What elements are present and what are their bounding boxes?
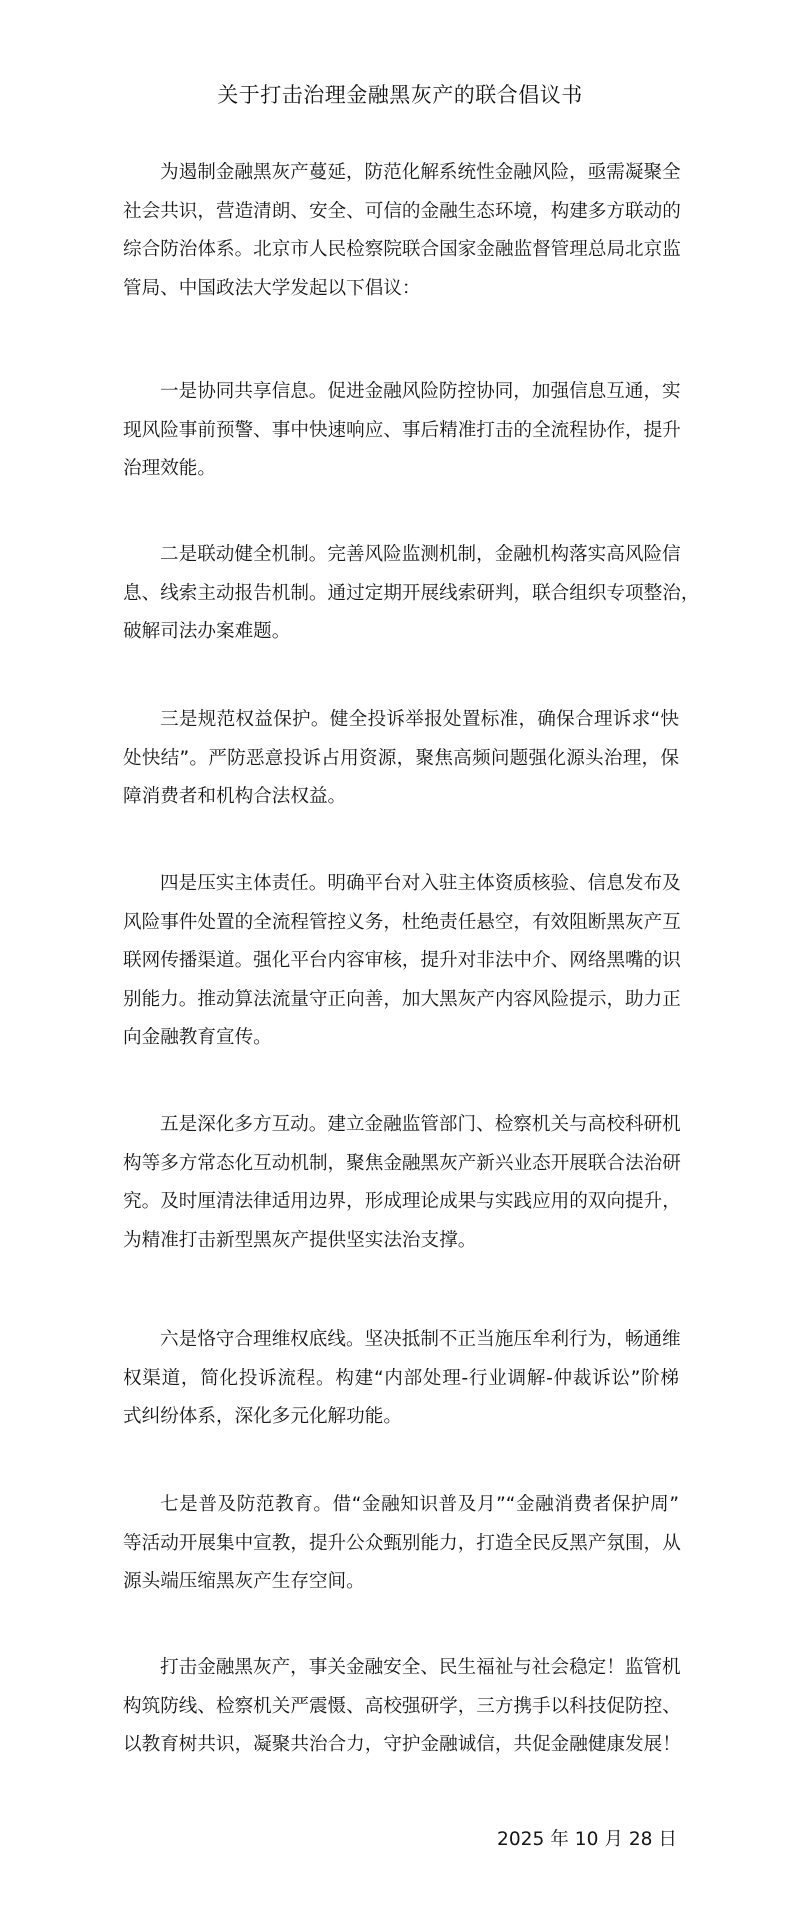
paragraph-line: 为精准打击新型黑灰产提供坚实法治支撑。 bbox=[123, 1222, 679, 1261]
document-page: 关于打击治理金融黑灰产的联合倡议书 为遏制金融黑灰产蔓延，防范化解系统性金融风险… bbox=[0, 0, 800, 1928]
document-date: 2025 年 10 月 28 日 bbox=[497, 1822, 677, 1858]
paragraph-closing: 打击金融黑灰产，事关金融安全、民生福祉与社会稳定！监管机 构筑防线、检察机关严震… bbox=[123, 1649, 679, 1765]
paragraph-line: 息、线索主动报告机制。通过定期开展线索研判，联合组织专项整治， bbox=[123, 575, 679, 614]
paragraph-item-5: 五是深化多方互动。建立金融监管部门、检察机关与高校科研机 构等多方常态化互动机制… bbox=[123, 1106, 679, 1260]
document-title: 关于打击治理金融黑灰产的联合倡议书 bbox=[0, 78, 800, 112]
paragraph-line: 以教育树共识，凝聚共治合力，守护金融诚信，共促金融健康发展！ bbox=[123, 1726, 679, 1765]
paragraph-line: 构筑防线、检察机关严震慑、高校强研学，三方携手以科技促防控、 bbox=[123, 1688, 679, 1727]
paragraph-line: 管局、中国政法大学发起以下倡议： bbox=[123, 270, 679, 309]
paragraph-line: 四是压实主体责任。明确平台对入驻主体资质核验、信息发布及 bbox=[123, 865, 679, 904]
paragraph-item-4: 四是压实主体责任。明确平台对入驻主体资质核验、信息发布及 风险事件处置的全流程管… bbox=[123, 865, 679, 1058]
paragraph-line: 风险事件处置的全流程管控义务，杜绝责任悬空，有效阻断黑灰产互 bbox=[123, 904, 679, 943]
paragraph-line: 权渠道，简化投诉流程。构建“内部处理-行业调解-仲裁诉讼”阶梯 bbox=[123, 1360, 679, 1399]
paragraph-line: 为遏制金融黑灰产蔓延，防范化解系统性金融风险，亟需凝聚全 bbox=[123, 154, 679, 193]
paragraph-item-6: 六是恪守合理维权底线。坚决抵制不正当施压牟利行为，畅通维 权渠道，简化投诉流程。… bbox=[123, 1321, 679, 1437]
paragraph-line: 一是协同共享信息。促进金融风险防控协同，加强信息互通，实 bbox=[123, 373, 679, 412]
paragraph-line: 现风险事前预警、事中快速响应、事后精准打击的全流程协作，提升 bbox=[123, 412, 679, 451]
paragraph-line: 五是深化多方互动。建立金融监管部门、检察机关与高校科研机 bbox=[123, 1106, 679, 1145]
paragraph-line: 别能力。推动算法流量守正向善，加大黑灰产内容风险提示，助力正 bbox=[123, 981, 679, 1020]
paragraph-line: 式纠纷体系，深化多元化解功能。 bbox=[123, 1398, 679, 1437]
paragraph-item-2: 二是联动健全机制。完善风险监测机制，金融机构落实高风险信 息、线索主动报告机制。… bbox=[123, 536, 679, 652]
paragraph-line: 源头端压缩黑灰产生存空间。 bbox=[123, 1563, 679, 1602]
paragraph-line: 七是普及防范教育。借“金融知识普及月”“金融消费者保护周” bbox=[123, 1486, 679, 1525]
paragraph-line: 二是联动健全机制。完善风险监测机制，金融机构落实高风险信 bbox=[123, 536, 679, 575]
paragraph-line: 破解司法办案难题。 bbox=[123, 613, 679, 652]
paragraph-line: 打击金融黑灰产，事关金融安全、民生福祉与社会稳定！监管机 bbox=[123, 1649, 679, 1688]
paragraph-line: 究。及时厘清法律适用边界，形成理论成果与实践应用的双向提升， bbox=[123, 1183, 679, 1222]
paragraph-line: 联网传播渠道。强化平台内容审核，提升对非法中介、网络黑嘴的识 bbox=[123, 942, 679, 981]
paragraph-item-7: 七是普及防范教育。借“金融知识普及月”“金融消费者保护周” 等活动开展集中宣教，… bbox=[123, 1486, 679, 1602]
paragraph-line: 向金融教育宣传。 bbox=[123, 1019, 679, 1058]
paragraph-line: 治理效能。 bbox=[123, 450, 679, 489]
paragraph-line: 等活动开展集中宣教，提升公众甄别能力，打造全民反黑产氛围，从 bbox=[123, 1525, 679, 1564]
paragraph-line: 构等多方常态化互动机制，聚焦金融黑灰产新兴业态开展联合法治研 bbox=[123, 1145, 679, 1184]
paragraph-item-1: 一是协同共享信息。促进金融风险防控协同，加强信息互通，实 现风险事前预警、事中快… bbox=[123, 373, 679, 489]
paragraph-intro: 为遏制金融黑灰产蔓延，防范化解系统性金融风险，亟需凝聚全 社会共识，营造清朗、安… bbox=[123, 154, 679, 308]
paragraph-item-3: 三是规范权益保护。健全投诉举报处置标准，确保合理诉求“快 处快结”。严防恶意投诉… bbox=[123, 701, 679, 817]
paragraph-line: 处快结”。严防恶意投诉占用资源，聚焦高频问题强化源头治理，保 bbox=[123, 740, 679, 779]
paragraph-line: 社会共识，营造清朗、安全、可信的金融生态环境，构建多方联动的 bbox=[123, 193, 679, 232]
paragraph-line: 综合防治体系。北京市人民检察院联合国家金融监督管理总局北京监 bbox=[123, 231, 679, 270]
paragraph-line: 障消费者和机构合法权益。 bbox=[123, 778, 679, 817]
paragraph-line: 三是规范权益保护。健全投诉举报处置标准，确保合理诉求“快 bbox=[123, 701, 679, 740]
paragraph-line: 六是恪守合理维权底线。坚决抵制不正当施压牟利行为，畅通维 bbox=[123, 1321, 679, 1360]
